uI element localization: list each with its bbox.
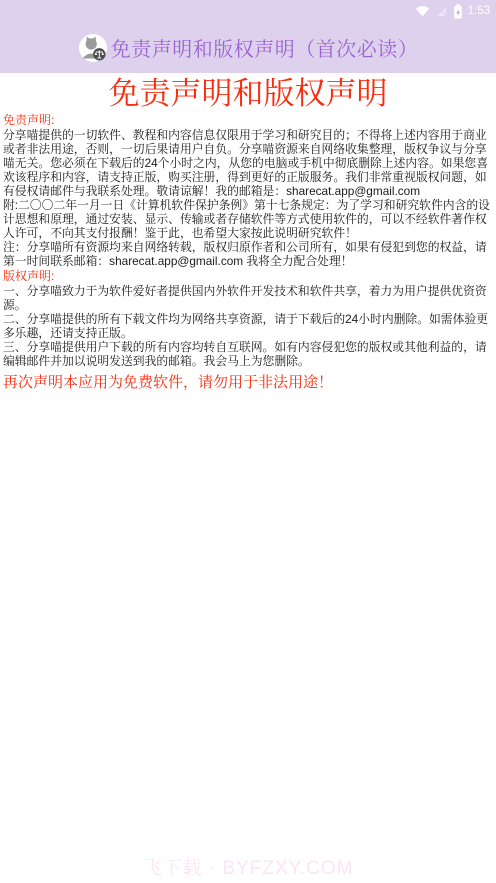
copyright-paragraph: 三、分享喵提供用户下载的所有内容均转自互联网。如有内容侵犯您的版权或其他利益的，… (3, 340, 493, 368)
status-time: 1:53 (468, 5, 490, 17)
copyright-section-heading: 版权声明: (3, 269, 493, 284)
app-screen: 1:53 免责声明和版权声明（首次必读） 免责声明和版权声明 (0, 0, 496, 883)
disclaimer-paragraph: 附:二〇〇二年一月一日《计算机软件保护条例》第十七条规定：为了学习和研究软件内含… (3, 198, 493, 240)
battery-charging-icon (453, 4, 463, 19)
disclaimer-paragraph: 注：分享喵所有资源均来自网络转载，版权归原作者和公司所有，如果有侵犯到您的权益，… (3, 240, 493, 268)
header-title: 免责声明和版权声明（首次必读） (111, 33, 419, 62)
disclaimer-content[interactable]: 免责声明和版权声明 免责声明: 分享喵提供的一切软件、教程和内容信息仅限用于学习… (0, 73, 496, 393)
disclaimer-paragraph: 分享喵提供的一切软件、教程和内容信息仅限用于学习和研究目的；不得将上述内容用于商… (3, 128, 493, 198)
wifi-icon (415, 5, 430, 17)
cat-scales-avatar-icon (78, 33, 108, 63)
final-notice: 再次声明本应用为免费软件，请勿用于非法用途！ (3, 373, 493, 393)
app-header: 免责声明和版权声明（首次必读） (0, 22, 496, 73)
copyright-paragraph: 一、分享喵致力于为软件爱好者提供国内外软件开发技术和软件共享，着力为用户提供优资… (3, 284, 493, 312)
page-title: 免责声明和版权声明 (3, 75, 493, 112)
watermark: 飞下载 · BYFZXY.COM (0, 853, 496, 880)
copyright-paragraph: 二、分享喵提供的所有下载文件均为网络共享资源，请于下载后的24小时内删除。如需体… (3, 312, 493, 340)
disclaimer-section-heading: 免责声明: (3, 113, 493, 128)
status-bar: 1:53 (0, 0, 496, 22)
sim-signal-icon (435, 5, 448, 17)
